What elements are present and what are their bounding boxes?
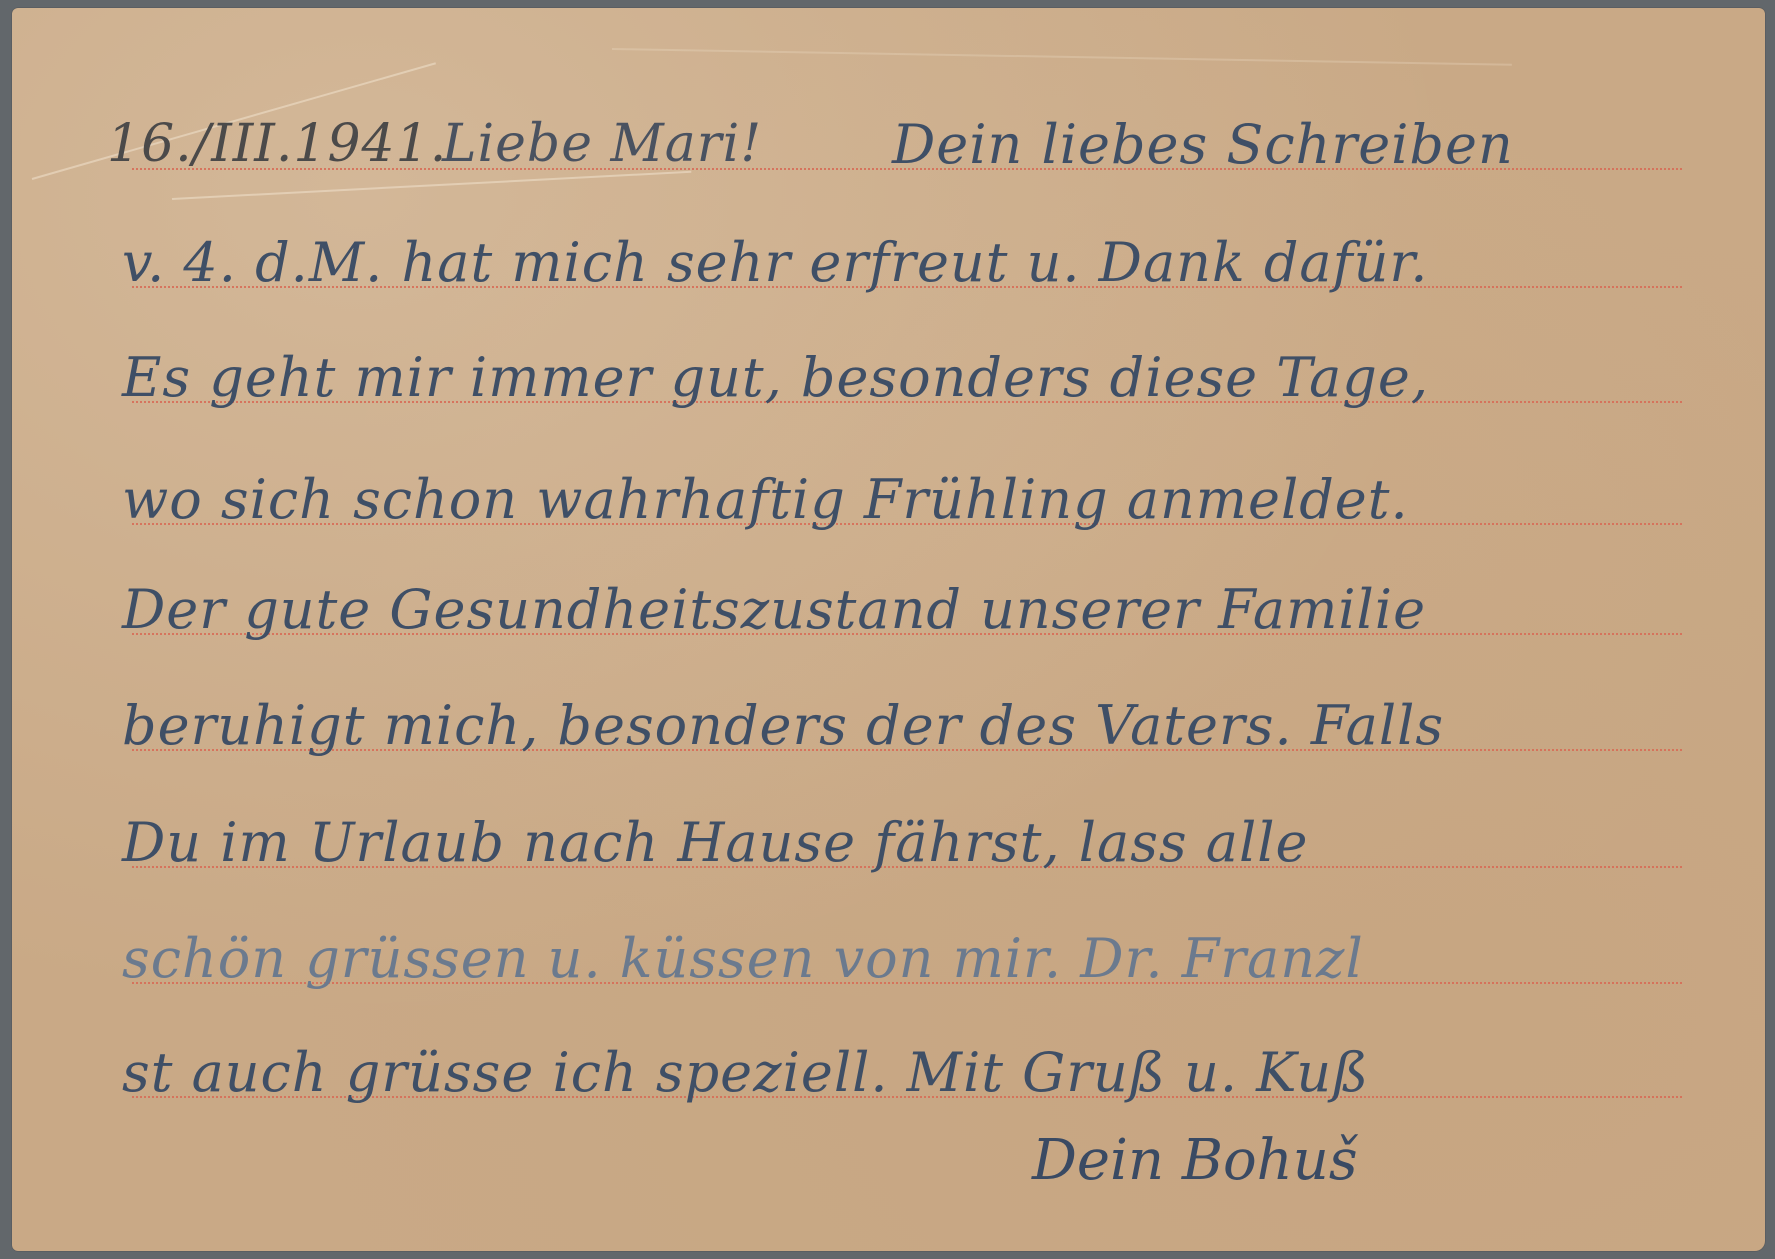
postcard: 16./III.1941. Liebe Mari! Dein liebes Sc… <box>12 8 1765 1251</box>
letter-line: beruhigt mich, besonders der des Vaters.… <box>122 699 1444 753</box>
letter-line: v. 4. d.M. hat mich sehr erfreut u. Dank… <box>122 236 1428 290</box>
letter-date: 16./III.1941. <box>107 118 447 170</box>
letter-salutation: Liebe Mari! <box>442 118 762 170</box>
letter-line: Es geht mir immer gut, besonders diese T… <box>122 351 1429 405</box>
paper-crease <box>612 48 1512 66</box>
paper-crease <box>172 171 691 200</box>
letter-line: wo sich schon wahrhaftig Frühling anmeld… <box>122 473 1409 527</box>
letter-line: Du im Urlaub nach Hause fährst, lass all… <box>122 816 1309 870</box>
letter-line: st auch grüsse ich speziell. Mit Gruß u.… <box>122 1046 1369 1100</box>
letter-line: Dein liebes Schreiben <box>892 118 1514 172</box>
letter-line: Der gute Gesundheitszustand unserer Fami… <box>122 583 1426 637</box>
letter-signature: Dein Bohuš <box>1032 1133 1358 1189</box>
letter-line: schön grüssen u. küssen von mir. Dr. Fra… <box>122 932 1364 986</box>
